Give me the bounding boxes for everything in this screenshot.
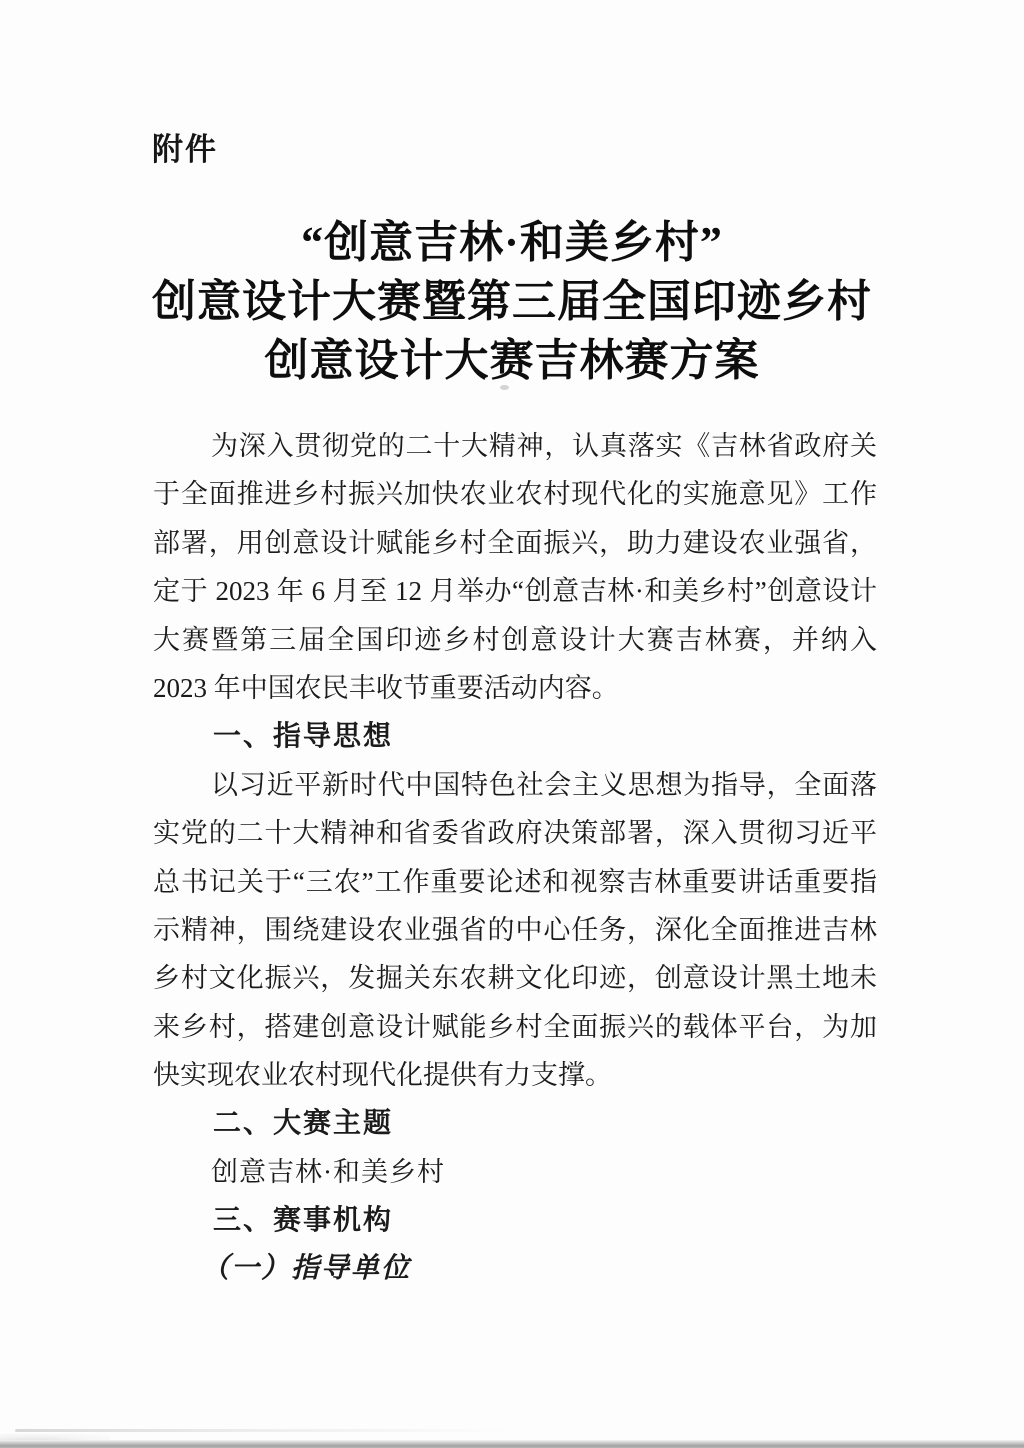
body-line: 以习近平新时代中国特色社会主义思想为指导，全面落 bbox=[153, 761, 877, 809]
body-line: 乡村文化振兴，发掘关东农耕文化印迹，创意设计黑土地未 bbox=[153, 954, 877, 1002]
scan-speck bbox=[500, 385, 509, 390]
body-line: 总书记关于“三农”工作重要论述和视察吉林重要讲话重要指 bbox=[153, 858, 877, 906]
section-heading-event-organization: 三、赛事机构 bbox=[153, 1196, 877, 1244]
section-heading-guiding-ideology: 一、指导思想 bbox=[153, 712, 877, 760]
body-line: 快实现农业农村现代化提供有力支撑。 bbox=[153, 1051, 877, 1099]
body-line: 示精神，围绕建设农业强省的中心任务，深化全面推进吉林 bbox=[153, 906, 877, 954]
document-title-line-3: 创意设计大赛吉林赛方案 bbox=[0, 331, 1024, 390]
scanned-document-page: 附件 “创意吉林·和美乡村” 创意设计大赛暨第三届全国印迹乡村 创意设计大赛吉林… bbox=[0, 0, 1024, 1448]
document-title-line-1: “创意吉林·和美乡村” bbox=[0, 213, 1024, 272]
scan-artifact-line bbox=[15, 1429, 510, 1432]
body-line: 2023 年中国农民丰收节重要活动内容。 bbox=[153, 664, 877, 712]
body-line: 大赛暨第三届全国印迹乡村创意设计大赛吉林赛，并纳入 bbox=[153, 616, 877, 664]
section-heading-competition-theme: 二、大赛主题 bbox=[153, 1099, 877, 1147]
document-body: 为深入贯彻党的二十大精神，认真落实《吉林省政府关 于全面推进乡村振兴加快农业农村… bbox=[153, 422, 877, 1293]
attachment-label: 附件 bbox=[152, 124, 218, 169]
body-line: 部署，用创意设计赋能乡村全面振兴，助力建设农业强省， bbox=[153, 519, 877, 567]
document-title: “创意吉林·和美乡村” 创意设计大赛暨第三届全国印迹乡村 创意设计大赛吉林赛方案 bbox=[0, 213, 1024, 390]
body-line: 于全面推进乡村振兴加快农业农村现代化的实施意见》工作 bbox=[153, 470, 877, 518]
body-line: 定于 2023 年 6 月至 12 月举办“创意吉林·和美乡村”创意设计 bbox=[153, 567, 877, 615]
body-line: 实党的二十大精神和省委省政府决策部署，深入贯彻习近平 bbox=[153, 809, 877, 857]
scan-shadow-bottom-edge bbox=[0, 1440, 1024, 1448]
document-title-line-2: 创意设计大赛暨第三届全国印迹乡村 bbox=[0, 272, 1024, 331]
theme-text: 创意吉林·和美乡村 bbox=[153, 1148, 877, 1196]
body-line: 为深入贯彻党的二十大精神，认真落实《吉林省政府关 bbox=[153, 422, 877, 470]
body-line: 来乡村，搭建创意设计赋能乡村全面振兴的载体平台，为加 bbox=[153, 1003, 877, 1051]
subsection-heading-guiding-units: （一）指导单位 bbox=[153, 1245, 877, 1293]
